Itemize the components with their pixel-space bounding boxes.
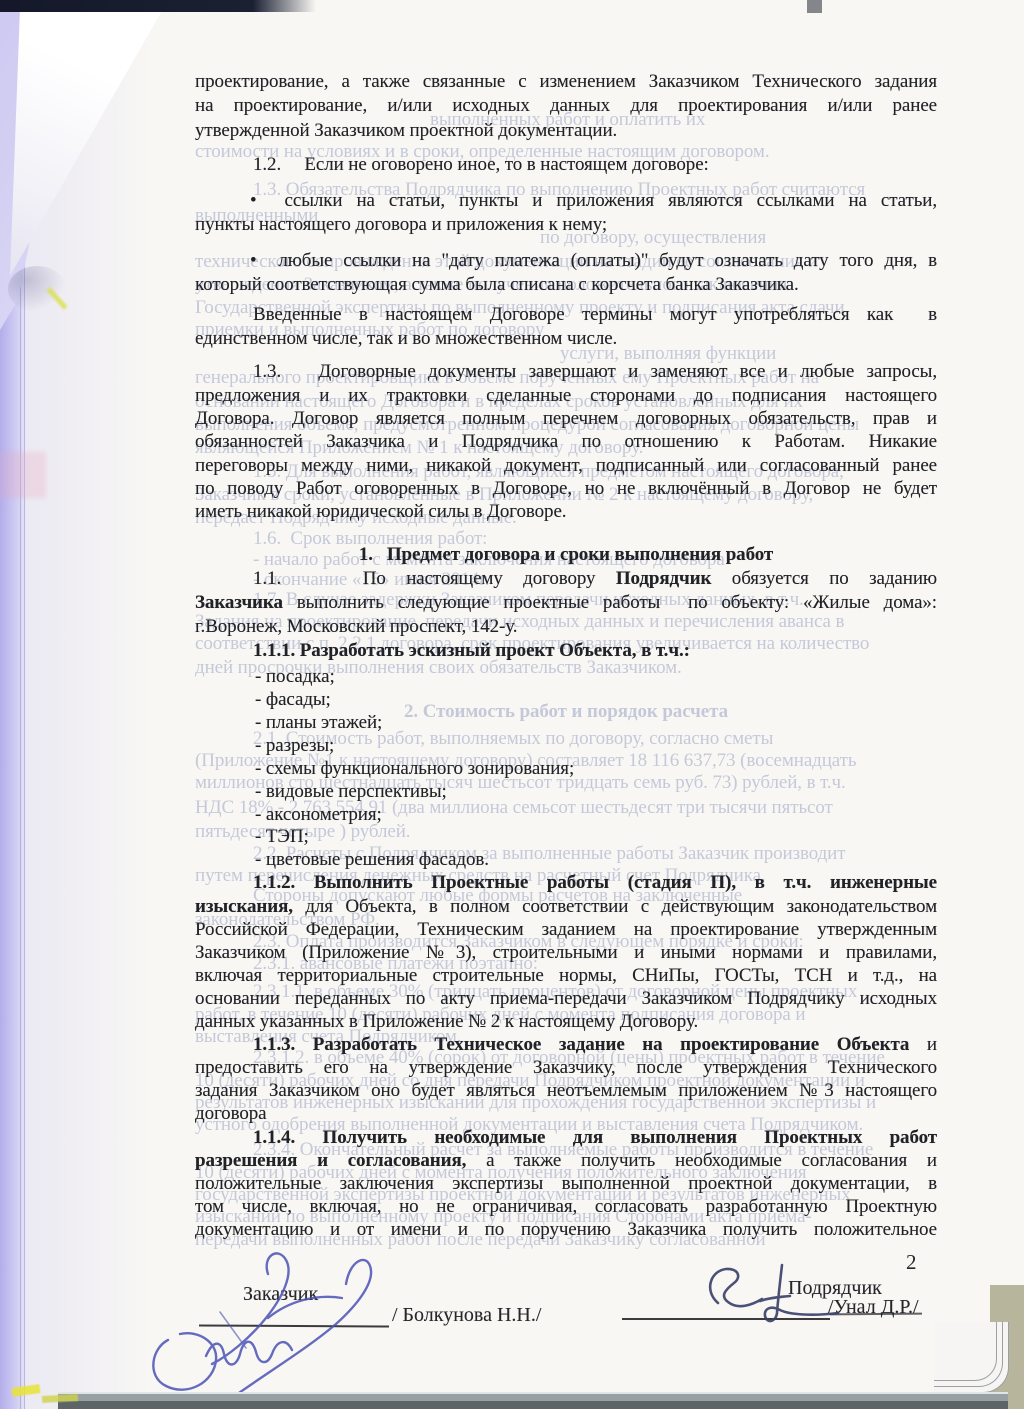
text-line: Заказчиком (Приложение №3), строительным… (195, 941, 937, 964)
text-line: 1.1. По настоящему договору Подрядчик об… (195, 567, 937, 590)
text-line: переговоры между ними, никакой документ,… (195, 454, 937, 477)
text-line: - разрезы; (195, 734, 937, 757)
text-line: - фасады; (195, 688, 937, 711)
text-line: Введенные в настоящем Договоре термины м… (195, 303, 937, 326)
scanned-contract-page: { "page": { "number": "2" }, "colors": {… (0, 0, 1024, 1409)
text-line: разрешения и согласования, а также получ… (195, 1149, 937, 1172)
text-line: предоставить его на утверждение Заказчик… (195, 1056, 937, 1079)
text-line: 1.3. Договорные документы завершают и за… (195, 360, 937, 383)
text-line: включая территориальные строительные нор… (195, 964, 937, 987)
text-line: - планы этажей; (195, 711, 937, 734)
text-line: - аксонометрия; (195, 803, 937, 826)
text-line: - схемы функционального зонирования; (195, 757, 937, 780)
text-line: 1. Предмет договора и сроки выполнения р… (195, 543, 937, 566)
text-line: задания Заказчиком оно будет являться не… (195, 1079, 937, 1102)
text-line: положительные заключения экспертизы выпо… (195, 1172, 937, 1195)
text-line: иметь никакой юридической силы в Договор… (195, 500, 937, 523)
scanner-mark-top (807, 0, 822, 13)
text-line: 1.2. Если не оговорено иное, то в настоя… (195, 153, 937, 176)
text-line: по поводу Работ оговоренных в Договоре, … (195, 477, 937, 500)
text-line: данных указанных в Приложение № 2 к наст… (195, 1010, 937, 1033)
text-line: проектирование, а также связанные с изме… (195, 70, 937, 93)
text-line: 1.1.4. Получить необходимые для выполнен… (195, 1126, 937, 1149)
sheet-edge (934, 1322, 997, 1381)
text-line: договора (195, 1102, 937, 1125)
text-line: единственном числе, так и во множественн… (195, 327, 937, 350)
text-line: 1.1.3. Разработать Техническое задание н… (195, 1033, 937, 1056)
text-line: утвержденной Заказчиком проектной докуме… (195, 119, 937, 142)
text-line: • ссылки на статьи, пункты и приложения … (195, 189, 937, 212)
scan-pink-artifact (0, 452, 46, 498)
scanner-edge-top (0, 0, 316, 12)
text-line: г.Воронеж, Московский проспект, 142-у. (195, 615, 937, 638)
text-line: • любые ссылки на "дату платежа (оплаты)… (195, 249, 937, 272)
text-line: на проектирование, и/или исходных данных… (195, 94, 937, 117)
text-line: предложения и их трактовки сделанные сто… (195, 384, 937, 407)
text-line: пункты настоящего договора и приложения … (195, 213, 937, 236)
text-line: - видовые перспективы; (195, 780, 937, 803)
text-line: изыскания, для Объекта, в полном соответ… (195, 895, 937, 918)
text-line: Договора. Договор является полным перечн… (195, 407, 937, 430)
text-line: - посадка; (195, 665, 937, 688)
text-line: том числе, включая, но не ограничивая, с… (195, 1195, 937, 1218)
scanner-edge-bottom (58, 1392, 1008, 1409)
text-line: основании переданных по акту приема-пере… (195, 987, 937, 1010)
text-line: - ТЭП; (195, 825, 937, 848)
text-line: 1.1.1. Разработать эскизный проект Объек… (195, 639, 937, 662)
text-line: обязанностей Заказчика и Подрядчика по о… (195, 430, 937, 453)
fold-shadow (8, 266, 66, 312)
text-line: 1.1.2. Выполнить Проектные работы (стади… (195, 871, 937, 894)
text-line: Российской Федерации, Техническим задани… (195, 918, 937, 941)
contractor-signature (690, 1255, 940, 1335)
text-line: документацию и от имени и по поручению З… (195, 1218, 937, 1241)
text-line: - цветовые решения фасадов. (195, 848, 937, 871)
text-line: Заказчика выполнить следующие проектные … (195, 591, 937, 614)
customer-signature (150, 1252, 420, 1402)
text-line: который соответствующая сумма была списа… (195, 273, 937, 296)
